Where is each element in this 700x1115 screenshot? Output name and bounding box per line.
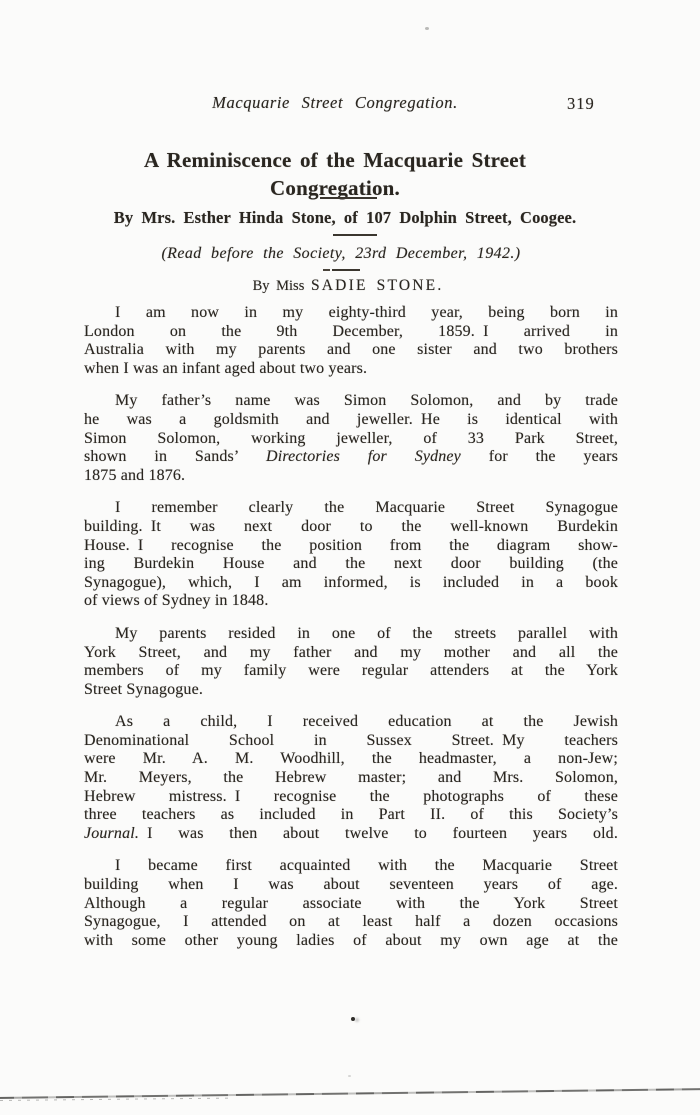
text-run: My parents resided in one of the streets… xyxy=(115,625,618,642)
body-line: York Street, and my father and my mother… xyxy=(84,644,618,663)
body-line: shown in Sands’ Directories for Sydney f… xyxy=(84,448,618,467)
body-text: I am now in my eighty-third year, being … xyxy=(84,304,618,964)
body-line: three teachers as included in Part II. o… xyxy=(84,806,618,825)
text-run: London on the 9th December, 1859. I arri… xyxy=(84,323,618,340)
paragraph: I am now in my eighty-third year, being … xyxy=(84,304,618,378)
text-run: shown in Sands’ xyxy=(84,448,266,465)
body-line: building. It was next door to the well-k… xyxy=(84,518,618,537)
text-run: with some other young ladies of about my… xyxy=(84,932,618,949)
body-line: As a child, I received education at the … xyxy=(84,713,618,732)
scan-speck xyxy=(348,1075,351,1077)
body-line: he was a goldsmith and jeweller. He is i… xyxy=(84,411,618,430)
text-run: Simon Solomon, working jeweller, of 33 P… xyxy=(84,430,618,447)
body-line: House. I recognise the position from the… xyxy=(84,537,618,556)
scan-edge-line xyxy=(0,1088,700,1099)
text-run: Although a regular associate with the Yo… xyxy=(84,895,618,912)
body-line: Simon Solomon, working jeweller, of 33 P… xyxy=(84,430,618,449)
paragraph: I became first acquainted with the Macqu… xyxy=(84,857,618,950)
body-line: London on the 9th December, 1859. I arri… xyxy=(84,323,618,342)
body-line: building when I was about seventeen year… xyxy=(84,876,618,895)
body-line: Journal. I was then about twelve to four… xyxy=(84,825,618,844)
article-title: A Reminiscence of the Macquarie Street C… xyxy=(0,147,685,202)
text-run: Mr. Meyers, the Hebrew master; and Mrs. … xyxy=(84,769,618,786)
paragraph: My father’s name was Simon Solomon, and … xyxy=(84,392,618,485)
body-line: My father’s name was Simon Solomon, and … xyxy=(84,392,618,411)
body-line: of views of Sydney in 1848. xyxy=(84,592,618,611)
body-line: Denominational School in Sussex Street. … xyxy=(84,732,618,751)
body-line: Synagogue, I attended on at least half a… xyxy=(84,913,618,932)
text-run: building. It was next door to the well-k… xyxy=(84,518,618,535)
text-run: I became first acquainted with the Macqu… xyxy=(115,857,618,874)
text-run: York Street, and my father and my mother… xyxy=(84,644,618,661)
divider-under-read-note xyxy=(332,269,360,271)
author-name: SADIE STONE. xyxy=(311,277,443,294)
body-line: ing Burdekin House and the next door bui… xyxy=(84,555,618,574)
scan-speck xyxy=(351,1017,355,1021)
body-line: My parents resided in one of the streets… xyxy=(84,625,618,644)
paragraph: My parents resided in one of the streets… xyxy=(84,625,618,699)
text-run: Hebrew mistress. I recognise the photogr… xyxy=(84,788,618,805)
running-head: Macquarie Street Congregation. 319 xyxy=(0,93,700,113)
body-line: Hebrew mistress. I recognise the photogr… xyxy=(84,788,618,807)
body-line: I remember clearly the Macquarie Street … xyxy=(84,499,618,518)
running-title: Macquarie Street Congregation. xyxy=(212,93,458,113)
page-number: 319 xyxy=(567,94,595,114)
body-line: I became first acquainted with the Macqu… xyxy=(84,857,618,876)
text-run: As a child, I received education at the … xyxy=(115,713,618,730)
body-line: Although a regular associate with the Yo… xyxy=(84,895,618,914)
text-run: were Mr. A. M. Woodhill, the headmaster,… xyxy=(84,750,618,767)
body-line: were Mr. A. M. Woodhill, the headmaster,… xyxy=(84,750,618,769)
body-line: I am now in my eighty-third year, being … xyxy=(84,304,618,323)
text-run: I am now in my eighty-third year, being … xyxy=(115,304,618,321)
body-line: Mr. Meyers, the Hebrew master; and Mrs. … xyxy=(84,769,618,788)
text-run: Synagogue), which, I am informed, is inc… xyxy=(84,574,618,591)
body-line: 1875 and 1876. xyxy=(84,467,618,486)
text-run: for the years xyxy=(461,448,618,465)
body-line: when I was an infant aged about two year… xyxy=(84,360,618,379)
text-run: Street Synagogue. xyxy=(84,681,203,698)
italic-text-run: Directories for Sydney xyxy=(266,448,461,465)
paragraph: As a child, I received education at the … xyxy=(84,713,618,843)
italic-text-run: Journal. xyxy=(84,825,139,842)
text-run: he was a goldsmith and jeweller. He is i… xyxy=(84,411,618,428)
body-line: Street Synagogue. xyxy=(84,681,618,700)
text-run: Synagogue, I attended on at least half a… xyxy=(84,913,618,930)
text-run: My father’s name was Simon Solomon, and … xyxy=(115,392,618,409)
text-run: of views of Sydney in 1848. xyxy=(84,592,268,609)
author-line: By Miss SADIE STONE. xyxy=(0,277,698,295)
text-run: Denominational School in Sussex Street. … xyxy=(84,732,618,749)
text-run: House. I recognise the position from the… xyxy=(84,537,618,554)
text-run: ing Burdekin House and the next door bui… xyxy=(84,555,618,572)
paragraph: I remember clearly the Macquarie Street … xyxy=(84,499,618,611)
body-line: Australia with my parents and one sister… xyxy=(84,341,618,360)
text-run: building when I was about seventeen year… xyxy=(84,876,618,893)
byline: By Mrs. Esther Hinda Stone, of 107 Dolph… xyxy=(0,208,695,228)
text-run: I remember clearly the Macquarie Street … xyxy=(115,499,618,516)
read-note: (Read before the Society, 23rd December,… xyxy=(0,245,691,263)
scan-speck xyxy=(425,27,429,30)
body-line: Synagogue), which, I am informed, is inc… xyxy=(84,574,618,593)
divider-under-title xyxy=(320,197,377,199)
author-prefix: By Miss xyxy=(253,278,311,294)
text-run: three teachers as included in Part II. o… xyxy=(84,806,618,823)
divider-under-byline xyxy=(333,234,377,236)
body-line: with some other young ladies of about my… xyxy=(84,932,618,951)
article-title-line1: A Reminiscence of the Macquarie Street xyxy=(0,147,685,175)
body-line: members of my family were regular attend… xyxy=(84,662,618,681)
text-run: members of my family were regular attend… xyxy=(84,662,618,679)
text-run: 1875 and 1876. xyxy=(84,467,185,484)
text-run: when I was an infant aged about two year… xyxy=(84,360,367,377)
text-run: I was then about twelve to fourteen year… xyxy=(139,825,618,842)
text-run: Australia with my parents and one sister… xyxy=(84,341,618,358)
document-page: Macquarie Street Congregation. 319 A Rem… xyxy=(0,0,700,1115)
